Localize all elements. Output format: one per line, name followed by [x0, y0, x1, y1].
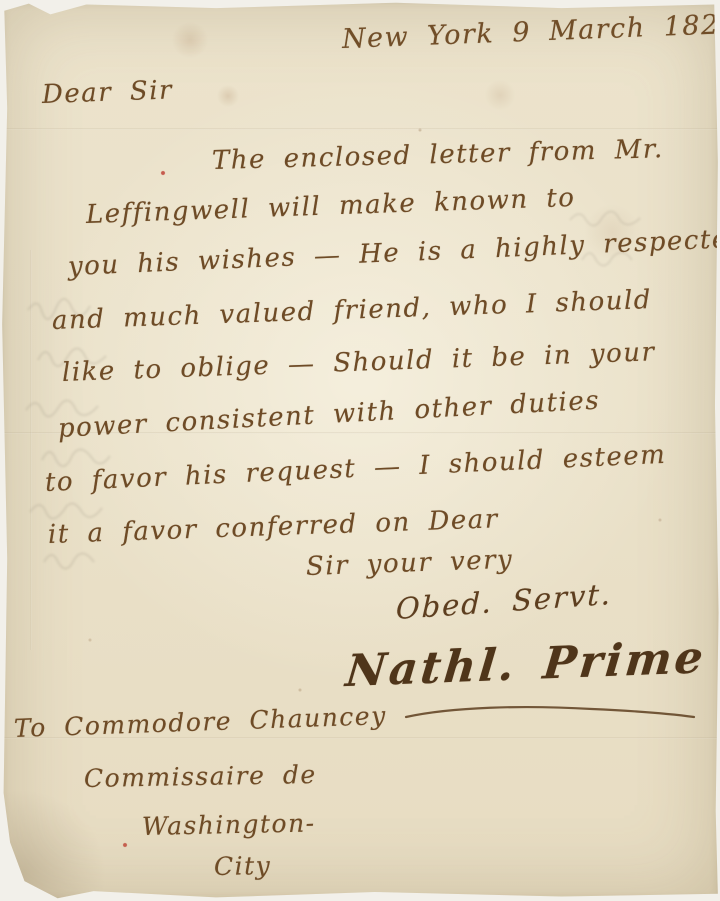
closing-valediction: Obed. Servt.: [395, 577, 612, 626]
dateline: New York 9 March 1824: [341, 9, 720, 55]
closing-line: Sir your very: [305, 545, 513, 582]
signature: Nathl. Prime: [343, 632, 708, 697]
salutation: Dear Sir: [41, 75, 173, 110]
address-title: Commissaire de: [84, 760, 317, 793]
show-through-writing: [8, 290, 168, 610]
address-city: Washington-: [142, 808, 316, 841]
scanned-letter: New York 9 March 1824 Dear Sir The enclo…: [0, 0, 720, 901]
body-line: The enclosed letter from Mr.: [212, 134, 664, 176]
signature-flourish: [402, 704, 698, 722]
body-line: Leffingwell will make known to: [85, 183, 575, 230]
fold-crease: [0, 128, 720, 130]
letter-page: New York 9 March 1824 Dear Sir The enclo…: [0, 0, 720, 901]
address-city-2: City: [214, 851, 272, 881]
